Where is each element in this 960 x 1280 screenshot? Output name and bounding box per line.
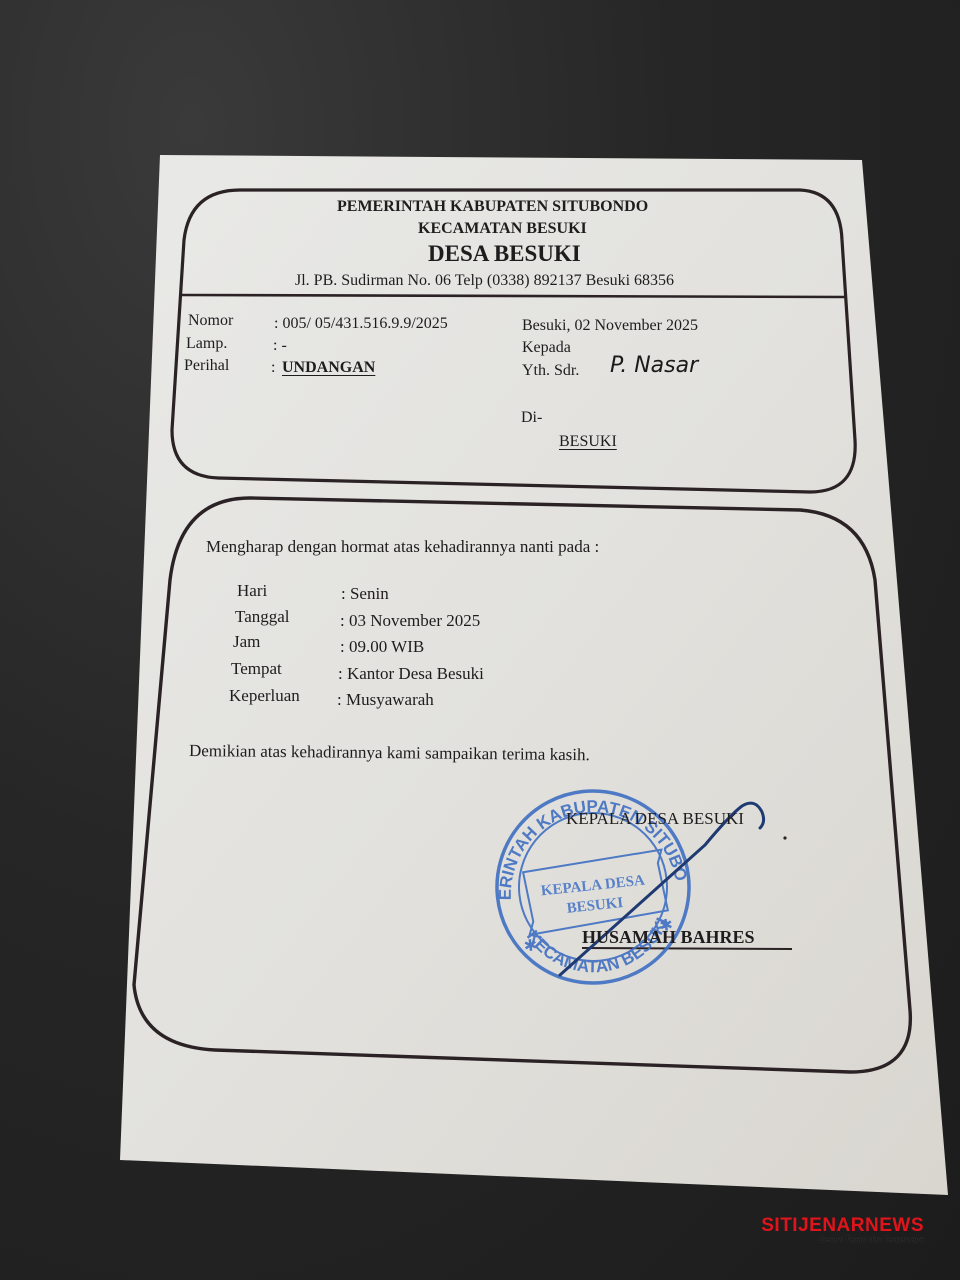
detail-label-tanggal: Tanggal (235, 608, 290, 625)
name-underline (582, 948, 792, 949)
lamp-label: Lamp. (186, 336, 227, 352)
closing-text: Demikian atas kehadirannya kami sampaika… (189, 742, 590, 763)
detail-value-jam: : 09.00 WIB (340, 638, 424, 655)
invitation-intro: Mengharap dengan hormat atas kehadiranny… (206, 538, 599, 555)
detail-value-hari: : Senin (341, 585, 389, 602)
yth-label: Yth. Sdr. (522, 363, 579, 379)
letter-frame: PEMERINTAH KABUPATEN SITUBONDO KECAMATAN… (0, 0, 960, 1280)
perihal-label: Perihal (184, 358, 229, 374)
letterhead-village: DESA BESUKI (428, 242, 581, 265)
watermark: SITIJENARNEWS Berani Tajam dan Terpercay… (761, 1216, 924, 1244)
place-date: Besuki, 02 November 2025 (522, 318, 698, 334)
detail-value-tempat: : Kantor Desa Besuki (338, 665, 484, 682)
nomor-label: Nomor (188, 313, 233, 329)
letterhead-address: Jl. PB. Sudirman No. 06 Telp (0338) 8921… (295, 273, 674, 289)
detail-label-tempat: Tempat (231, 660, 282, 677)
detail-label-keperluan: Keperluan (229, 687, 300, 704)
detail-value-tanggal: : 03 November 2025 (340, 612, 480, 629)
recipient-location: BESUKI (559, 434, 617, 450)
recipient-name-handwritten: P. Nasar (610, 355, 698, 377)
letterhead-government: PEMERINTAH KABUPATEN SITUBONDO (337, 199, 648, 215)
letterhead-district: KECAMATAN BESUKI (418, 221, 587, 237)
signatory-name: HUSAMAH BAHRES (582, 928, 755, 946)
detail-label-jam: Jam (233, 633, 260, 650)
letter-paper: PEMERINTAH KABUPATEN SITUBONDO KECAMATAN… (0, 0, 960, 1280)
perihal-value: UNDANGAN (282, 360, 375, 376)
perihal-colon: : (271, 360, 275, 376)
di-label: Di- (521, 410, 542, 426)
nomor-value: : 005/ 05/431.516.9.9/2025 (274, 316, 448, 332)
svg-text:✱: ✱ (523, 937, 538, 955)
lamp-value: : - (273, 338, 287, 354)
detail-value-keperluan: : Musyawarah (337, 691, 434, 708)
detail-label-hari: Hari (237, 582, 267, 599)
watermark-brand: SITIJENARNEWS (761, 1216, 924, 1235)
signatory-title: KEPALA DESA BESUKI (566, 810, 744, 827)
kepada-label: Kepada (522, 340, 571, 356)
watermark-tagline: Berani Tajam dan Terpercaya (761, 1236, 924, 1244)
